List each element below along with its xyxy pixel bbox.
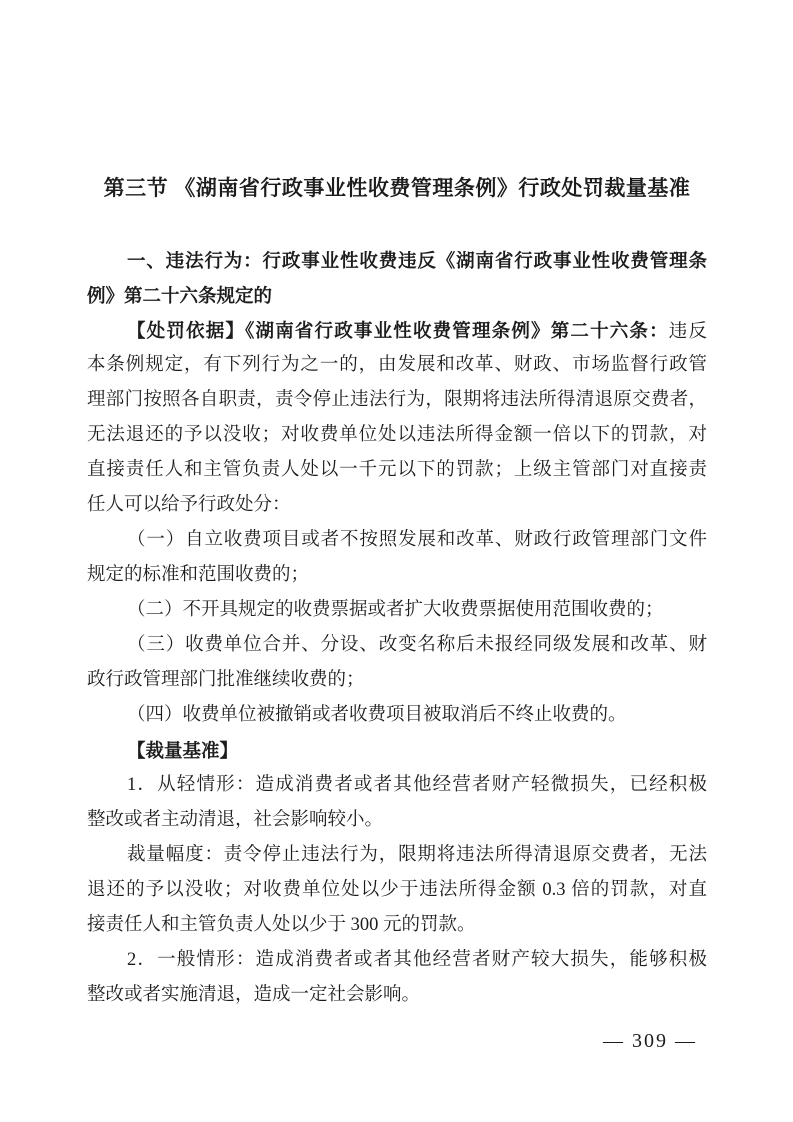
- text-line: 任人可以给予行政处分：: [87, 488, 707, 523]
- text-line: 退还的予以没收；对收费单位处以少于违法所得金额 0.3 倍的罚款，对直: [87, 873, 707, 908]
- body-text: （一）自立收费项目或者不按照发展和改革、财政行政管理部门文件: [127, 530, 707, 550]
- text-line: 规定的标准和范围收费的；: [87, 558, 707, 593]
- body-text: 整改或者主动清退，社会影响较小。: [87, 810, 383, 830]
- body-text: 裁量幅度：责令停止违法行为，限期将违法所得清退原交费者，无法: [127, 845, 707, 865]
- body-text: 本条例规定，有下列行为之一的，由发展和改革、财政、市场监督行政管: [87, 355, 707, 375]
- page-number: — 309 —: [603, 1030, 697, 1053]
- body-text: 违反: [669, 322, 707, 342]
- text-line: （一）自立收费项目或者不按照发展和改革、财政行政管理部门文件: [87, 523, 707, 558]
- body-text: 无法退还的予以没收；对收费单位处以违法所得金额一倍以下的罚款，对: [87, 425, 707, 445]
- body-text: 接责任人和主管负责人处以少于 300 元的罚款。: [87, 915, 476, 935]
- text-line: 整改或者实施清退，造成一定社会影响。: [87, 978, 707, 1013]
- text-line: （三）收费单位合并、分设、改变名称后未报经同级发展和改革、财: [87, 628, 707, 663]
- text-line: 裁量幅度：责令停止违法行为，限期将违法所得清退原交费者，无法: [87, 838, 707, 873]
- text-line: （二）不开具规定的收费票据或者扩大收费票据使用范围收费的；: [87, 593, 707, 628]
- body-text: 2．一般情形：造成消费者或者其他经营者财产较大损失，能够积极: [127, 950, 707, 970]
- text-line: （四）收费单位被撤销或者收费项目被取消后不终止收费的。: [87, 698, 707, 733]
- text-line: 本条例规定，有下列行为之一的，由发展和改革、财政、市场监督行政管: [87, 348, 707, 383]
- body-text: 政行政管理部门批准继续收费的；: [87, 670, 365, 690]
- body-text: （二）不开具规定的收费票据或者扩大收费票据使用范围收费的；: [127, 600, 664, 620]
- text-line: 接责任人和主管负责人处以少于 300 元的罚款。: [87, 908, 707, 943]
- body-text: 理部门按照各自职责，责令停止违法行为，限期将违法所得清退原交费者，: [87, 390, 707, 410]
- text-line: 2．一般情形：造成消费者或者其他经营者财产较大损失，能够积极: [87, 943, 707, 978]
- text-line: 理部门按照各自职责，责令停止违法行为，限期将违法所得清退原交费者，: [87, 383, 707, 418]
- heading-text: 【处罚依据】《湖南省行政事业性收费管理条例》第二十六条：: [127, 320, 669, 341]
- text-line: 1．从轻情形：造成消费者或者其他经营者财产轻微损失，已经积极: [87, 768, 707, 803]
- text-line: 无法退还的予以没收；对收费单位处以违法所得金额一倍以下的罚款，对: [87, 418, 707, 453]
- heading-text: 一、违法行为：行政事业性收费违反《湖南省行政事业性收费管理条: [127, 250, 707, 271]
- body-text: 退还的予以没收；对收费单位处以少于违法所得金额 0.3 倍的罚款，对直: [87, 880, 707, 900]
- heading-text: 【裁量基准】: [127, 740, 238, 761]
- text-line: 【处罚依据】《湖南省行政事业性收费管理条例》第二十六条：违反: [87, 313, 707, 348]
- document-body: 一、违法行为：行政事业性收费违反《湖南省行政事业性收费管理条例》第二十六条规定的…: [87, 243, 707, 1013]
- body-text: 1．从轻情形：造成消费者或者其他经营者财产轻微损失，已经积极: [127, 775, 707, 795]
- text-line: 一、违法行为：行政事业性收费违反《湖南省行政事业性收费管理条: [87, 243, 707, 278]
- body-text: （三）收费单位合并、分设、改变名称后未报经同级发展和改革、财: [127, 635, 707, 655]
- body-text: 规定的标准和范围收费的；: [87, 565, 309, 585]
- body-text: 整改或者实施清退，造成一定社会影响。: [87, 985, 420, 1005]
- text-line: 整改或者主动清退，社会影响较小。: [87, 803, 707, 838]
- body-text: 直接责任人和主管负责人处以一千元以下的罚款；上级主管部门对直接责: [87, 460, 707, 480]
- page-title: 第三节 《湖南省行政事业性收费管理条例》行政处罚裁量基准: [87, 172, 707, 202]
- text-line: 【裁量基准】: [87, 733, 707, 768]
- body-text: 任人可以给予行政处分：: [87, 495, 291, 515]
- text-line: 例》第二十六条规定的: [87, 278, 707, 313]
- body-text: （四）收费单位被撤销或者收费项目被取消后不终止收费的。: [127, 705, 627, 725]
- heading-text: 例》第二十六条规定的: [87, 285, 272, 306]
- text-line: 政行政管理部门批准继续收费的；: [87, 663, 707, 698]
- text-line: 直接责任人和主管负责人处以一千元以下的罚款；上级主管部门对直接责: [87, 453, 707, 488]
